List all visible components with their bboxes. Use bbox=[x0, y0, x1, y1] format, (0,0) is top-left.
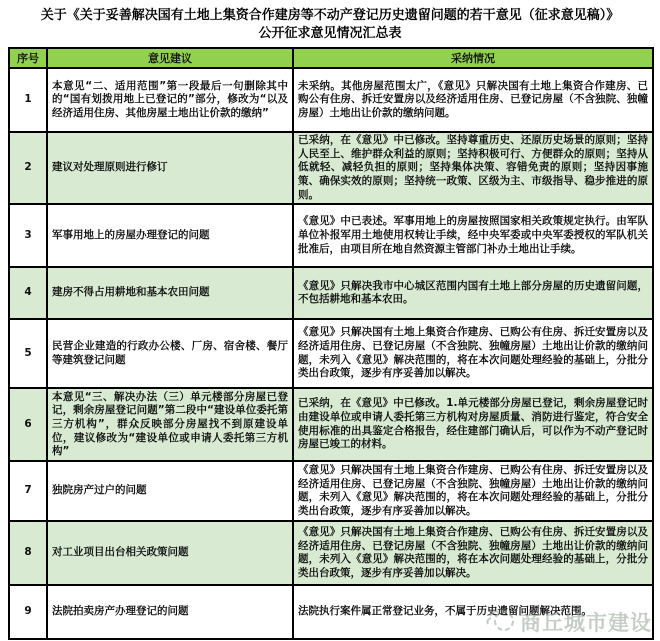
opinion-cell: 本意见“三、解决办法（三）单元楼部分房屋已登记，剩余房屋登记问题”第二段中“建设… bbox=[47, 388, 293, 461]
table-header-row: 序号 意见建议 采纳情况 bbox=[9, 48, 653, 68]
header-opinion: 意见建议 bbox=[47, 48, 293, 68]
adoption-cell: 《意见》只解决国有土地上集资合作建房、已购公有住房、拆迁安置房以及经济适用住房、… bbox=[293, 319, 653, 388]
document-title-line2: 公开征求意见情况汇总表 bbox=[0, 25, 660, 43]
adoption-cell: 《意见》只解决国有土地上集资合作建房、已购公有住房、拆迁安置房以及经济适用住房、… bbox=[293, 461, 653, 521]
table-row: 5 民营企业建造的行政办公楼、厂房、宿舍楼、餐厅等建筑登记问题 《意见》只解决国… bbox=[9, 319, 653, 388]
feedback-summary-table: 序号 意见建议 采纳情况 1 本意见“二、适用范围”第一段最后一句删除其中的“国… bbox=[8, 47, 654, 640]
row-number-cell: 1 bbox=[9, 68, 47, 132]
adoption-cell: 已采纳，在《意见》中已修改。1.单元楼部分房屋已登记，剩余房屋登记时由建设单位或… bbox=[293, 388, 653, 461]
table-row: 1 本意见“二、适用范围”第一段最后一句删除其中的“国有划拨用地上已登记的”部分… bbox=[9, 68, 653, 132]
opinion-cell: 法院拍卖房产办理登记的问题 bbox=[47, 585, 293, 639]
adoption-cell: 《意见》中已表述。军事用地上的房屋按照国家相关政策规定执行。由军队单位补报军用土… bbox=[293, 204, 653, 267]
adoption-cell: 《意见》只解决国有土地上集资合作建房、已购公有住房、拆迁安置房以及经济适用住房、… bbox=[293, 521, 653, 585]
opinion-cell: 民营企业建造的行政办公楼、厂房、宿舍楼、餐厅等建筑登记问题 bbox=[47, 319, 293, 388]
table-row: 8 对工业项目出台相关政策问题 《意见》只解决国有土地上集资合作建房、已购公有住… bbox=[9, 521, 653, 585]
opinion-cell: 本意见“二、适用范围”第一段最后一句删除其中的“国有划拨用地上已登记的”部分，修… bbox=[47, 68, 293, 132]
adoption-cell: 已采纳，在《意见》中已修改。坚持尊重历史、还原历史场景的原则；坚持人民至上、维护… bbox=[293, 132, 653, 204]
opinion-cell: 建议对处理原则进行修订 bbox=[47, 132, 293, 204]
row-number-cell: 7 bbox=[9, 461, 47, 521]
row-number-cell: 5 bbox=[9, 319, 47, 388]
table-row: 7 独院房产过户的问题 《意见》只解决国有土地上集资合作建房、已购公有住房、拆迁… bbox=[9, 461, 653, 521]
header-serial-number: 序号 bbox=[9, 48, 47, 68]
document-title: 关于《关于妥善解决国有土地上集资合作建房等不动产登记历史遗留问题的若干意见（征求… bbox=[0, 0, 660, 44]
row-number-cell: 6 bbox=[9, 388, 47, 461]
opinion-cell: 对工业项目出台相关政策问题 bbox=[47, 521, 293, 585]
table-row: 3 军事用地上的房屋办理登记的问题 《意见》中已表述。军事用地上的房屋按照国家相… bbox=[9, 204, 653, 267]
opinion-cell: 军事用地上的房屋办理登记的问题 bbox=[47, 204, 293, 267]
row-number-cell: 2 bbox=[9, 132, 47, 204]
row-number-cell: 8 bbox=[9, 521, 47, 585]
row-number-cell: 9 bbox=[9, 585, 47, 639]
header-adoption-status: 采纳情况 bbox=[293, 48, 653, 68]
table-row: 4 建房不得占用耕地和基本农田问题 《意见》只解决我市中心城区范围内国有土地上部… bbox=[9, 267, 653, 319]
adoption-cell: 未采纳。其他房屋范围太广，《意见》只解决国有土地上集资合作建房、已购公有住房、拆… bbox=[293, 68, 653, 132]
row-number-cell: 3 bbox=[9, 204, 47, 267]
adoption-cell: 《意见》只解决我市中心城区范围内国有土地上部分房屋的历史遗留问题，不包括耕地和基… bbox=[293, 267, 653, 319]
row-number-cell: 4 bbox=[9, 267, 47, 319]
adoption-cell: 法院执行案件属正常登记业务，不属于历史遗留问题解决范围。 bbox=[293, 585, 653, 639]
opinion-cell: 建房不得占用耕地和基本农田问题 bbox=[47, 267, 293, 319]
opinion-cell: 独院房产过户的问题 bbox=[47, 461, 293, 521]
table-row: 2 建议对处理原则进行修订 已采纳，在《意见》中已修改。坚持尊重历史、还原历史场… bbox=[9, 132, 653, 204]
document-title-line1: 关于《关于妥善解决国有土地上集资合作建房等不动产登记历史遗留问题的若干意见（征求… bbox=[0, 7, 660, 25]
table-row: 6 本意见“三、解决办法（三）单元楼部分房屋已登记，剩余房屋登记问题”第二段中“… bbox=[9, 388, 653, 461]
document-page: 关于《关于妥善解决国有土地上集资合作建房等不动产登记历史遗留问题的若干意见（征求… bbox=[0, 0, 660, 641]
table-row: 9 法院拍卖房产办理登记的问题 法院执行案件属正常登记业务，不属于历史遗留问题解… bbox=[9, 585, 653, 639]
